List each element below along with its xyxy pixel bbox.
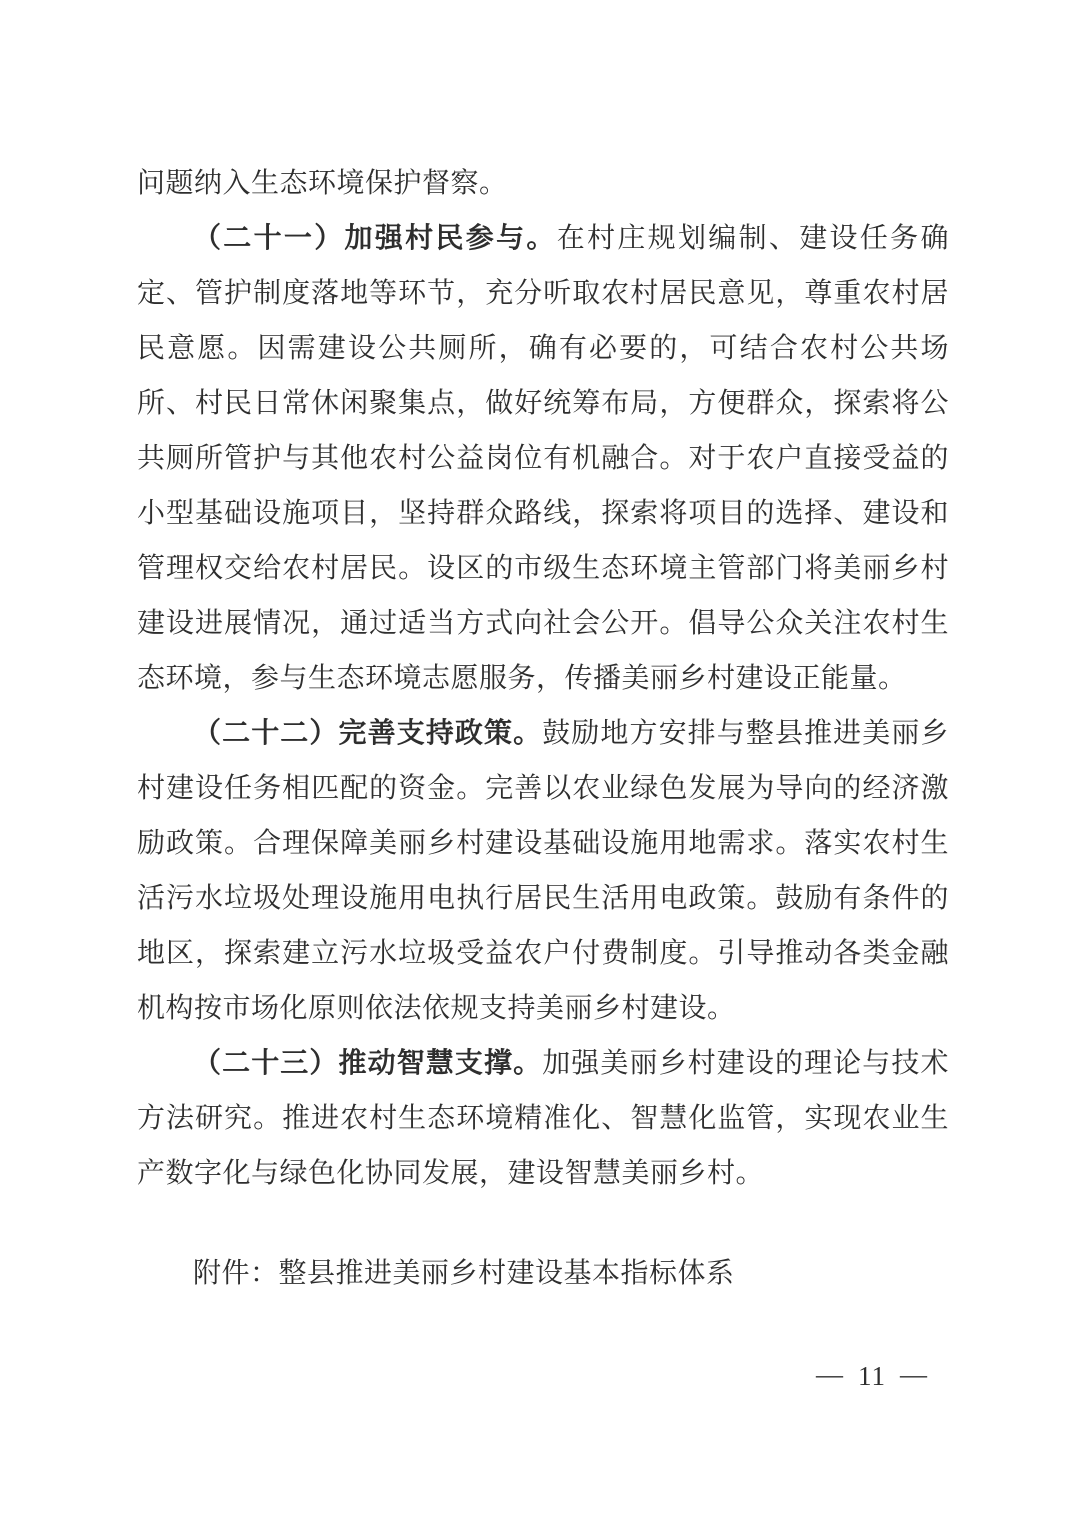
paragraph-section-22: （二十二）完善支持政策。鼓励地方安排与整县推进美丽乡村建设任务相匹配的资金。完善… [137,706,949,1036]
attachment-line: 附件：整县推进美丽乡村建设基本指标体系 [137,1246,949,1301]
paragraph-text: 问题纳入生态环境保护督察。 [137,168,508,199]
paragraph-section-21: （二十一）加强村民参与。在村庄规划编制、建设任务确定、管护制度落地等环节，充分听… [137,211,949,706]
paragraph-section-23: （二十三）推动智慧支撑。加强美丽乡村建设的理论与技术方法研究。推进农村生态环境精… [137,1036,949,1201]
section-heading: （二十三）推动智慧支撑。 [193,1048,542,1079]
page-number-dash-left: — [816,1354,844,1394]
document-page: 问题纳入生态环境保护督察。 （二十一）加强村民参与。在村庄规划编制、建设任务确定… [0,0,1080,1527]
paragraph-continuation: 问题纳入生态环境保护督察。 [137,156,949,211]
page-number-value: 11 [858,1361,886,1391]
paragraph-text: 鼓励地方安排与整县推进美丽乡村建设任务相匹配的资金。完善以农业绿色发展为导向的经… [137,718,949,1024]
page-number-dash-right: — [900,1354,928,1394]
document-body: 问题纳入生态环境保护督察。 （二十一）加强村民参与。在村庄规划编制、建设任务确定… [137,156,949,1201]
page-number: —11— [802,1356,942,1396]
section-heading: （二十一）加强村民参与。 [193,223,557,254]
paragraph-text: 在村庄规划编制、建设任务确定、管护制度落地等环节，充分听取农村居民意见，尊重农村… [137,223,949,694]
section-heading: （二十二）完善支持政策。 [193,718,542,749]
